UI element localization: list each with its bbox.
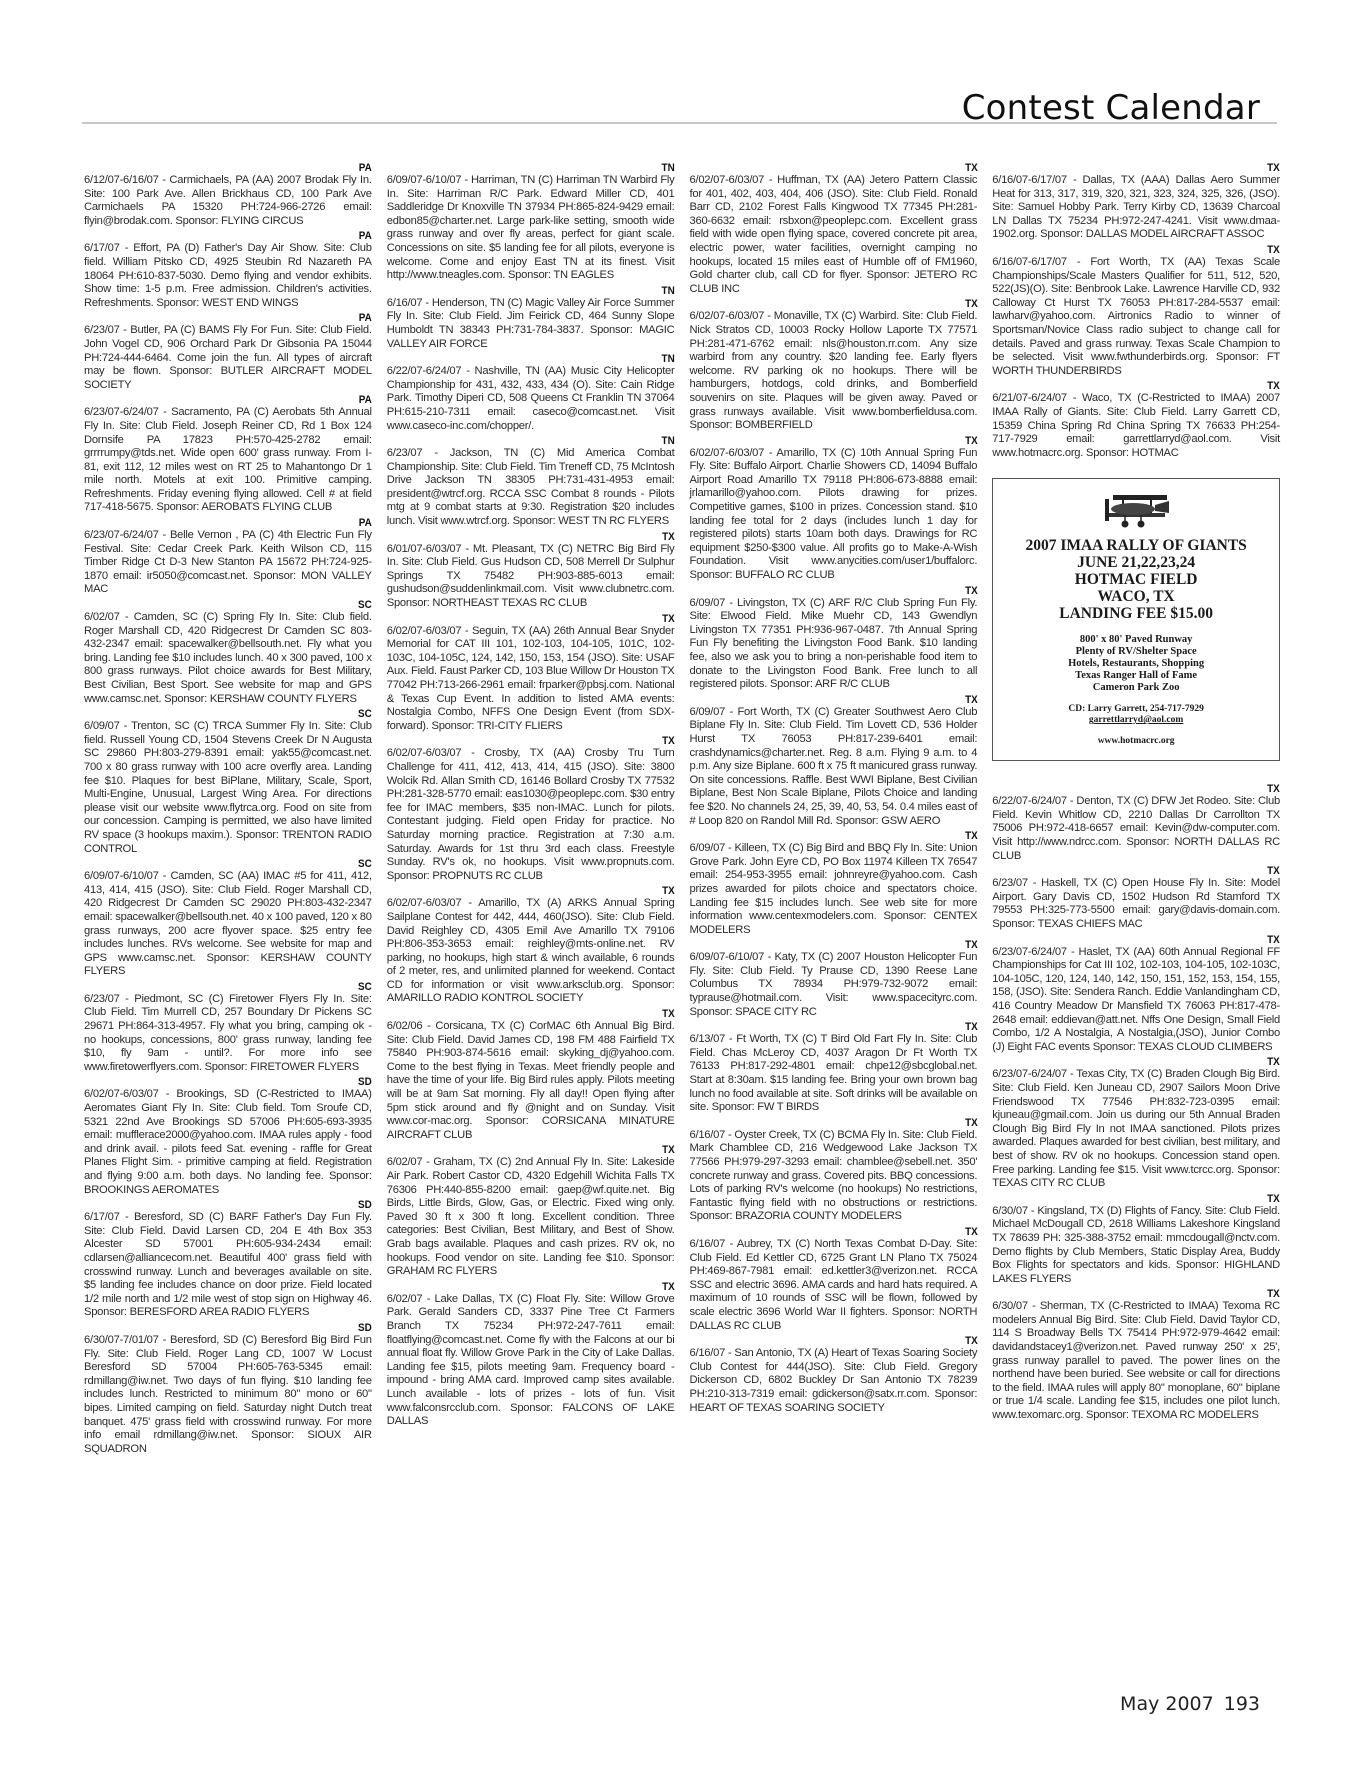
entry-text: 6/09/07-6/10/07 - Katy, TX (C) 2007 Hous… bbox=[690, 951, 978, 1019]
state-label: TX bbox=[718, 694, 977, 706]
state-label: TX bbox=[718, 939, 977, 951]
column-4-top: TX6/16/07-6/17/07 - Dallas, TX (AAA) Dal… bbox=[992, 162, 1280, 460]
state-label: TX bbox=[718, 435, 977, 447]
state-label: TX bbox=[1021, 783, 1280, 795]
calendar-entry: TN6/22/07-6/24/07 - Nashville, TN (AA) M… bbox=[387, 353, 675, 433]
state-label: TX bbox=[718, 1335, 977, 1347]
entry-text: 6/17/07 - Effort, PA (D) Father's Day Ai… bbox=[84, 242, 372, 310]
calendar-entry: TX6/23/07 - Haskell, TX (C) Open House F… bbox=[992, 865, 1280, 931]
entry-text: 6/13/07 - Ft Worth, TX (C) T Bird Old Fa… bbox=[690, 1033, 978, 1115]
calendar-entry: SD6/17/07 - Beresford, SD (C) BARF Fathe… bbox=[84, 1199, 372, 1320]
calendar-columns: PA6/12/07-6/16/07 - Carmichaels, PA (AA)… bbox=[84, 162, 1280, 1458]
calendar-entry: TX6/30/07 - Kingsland, TX (D) Flights of… bbox=[992, 1193, 1280, 1287]
state-label: TN bbox=[416, 285, 675, 297]
entry-text: 6/02/07 - Lake Dallas, TX (C) Float Fly.… bbox=[387, 1293, 675, 1429]
state-label: PA bbox=[113, 162, 372, 174]
state-label: TX bbox=[416, 735, 675, 747]
calendar-entry: TN6/23/07 - Jackson, TN (C) Mid America … bbox=[387, 435, 675, 529]
state-label: PA bbox=[113, 394, 372, 406]
ad-detail-line: Hotels, Restaurants, Shopping bbox=[999, 658, 1273, 670]
entry-text: 6/02/07 - Camden, SC (C) Spring Fly In. … bbox=[84, 611, 372, 706]
calendar-entry: TX6/09/07 - Livingston, TX (C) ARF R/C C… bbox=[690, 585, 978, 692]
entry-text: 6/09/07-6/10/07 - Camden, SC (AA) IMAC #… bbox=[84, 870, 372, 979]
calendar-entry: TX6/23/07-6/24/07 - Haslet, TX (AA) 60th… bbox=[992, 934, 1280, 1055]
calendar-entry: TX6/02/06 - Corsicana, TX (C) CorMAC 6th… bbox=[387, 1008, 675, 1142]
calendar-entry: PA6/12/07-6/16/07 - Carmichaels, PA (AA)… bbox=[84, 162, 372, 228]
entry-text: 6/02/07-6/03/07 - Monaville, TX (C) Warb… bbox=[690, 310, 978, 432]
entry-text: 6/17/07 - Beresford, SD (C) BARF Father'… bbox=[84, 1211, 372, 1320]
ad-headline-line: JUNE 21,22,23,24 bbox=[999, 554, 1273, 571]
entry-text: 6/02/07-6/03/07 - Brookings, SD (C-Restr… bbox=[84, 1088, 372, 1197]
state-label: PA bbox=[113, 230, 372, 242]
entry-text: 6/12/07-6/16/07 - Carmichaels, PA (AA) 2… bbox=[84, 174, 372, 228]
state-label: TN bbox=[416, 435, 675, 447]
entry-text: 6/30/07 - Sherman, TX (C-Restricted to I… bbox=[992, 1300, 1280, 1422]
state-label: TX bbox=[718, 1226, 977, 1238]
page-footer: May 2007193 bbox=[1120, 1693, 1260, 1715]
state-label: TX bbox=[1021, 934, 1280, 946]
entry-text: 6/09/07 - Trenton, SC (C) TRCA Summer Fl… bbox=[84, 720, 372, 856]
state-label: TX bbox=[718, 830, 977, 842]
state-label: TX bbox=[1021, 865, 1280, 877]
ad-email-link[interactable]: garrettlarryd@aol.com bbox=[999, 715, 1273, 726]
calendar-entry: TX6/09/07 - Killeen, TX (C) Big Bird and… bbox=[690, 830, 978, 937]
ad-headline-line: WACO, TX bbox=[999, 588, 1273, 605]
entry-text: 6/23/07 - Haskell, TX (C) Open House Fly… bbox=[992, 877, 1280, 931]
calendar-entry: SD6/02/07-6/03/07 - Brookings, SD (C-Res… bbox=[84, 1076, 372, 1197]
column-2: TN6/09/07-6/10/07 - Harriman, TN (C) Har… bbox=[387, 162, 675, 1458]
entry-text: 6/23/07-6/24/07 - Haslet, TX (AA) 60th A… bbox=[992, 946, 1280, 1055]
calendar-entry: TX6/23/07-6/24/07 - Texas City, TX (C) B… bbox=[992, 1056, 1280, 1190]
calendar-entry: TX6/30/07 - Sherman, TX (C-Restricted to… bbox=[992, 1288, 1280, 1422]
calendar-entry: PA6/23/07-6/24/07 - Sacramento, PA (C) A… bbox=[84, 394, 372, 515]
calendar-entry: TX6/16/07 - Aubrey, TX (C) North Texas C… bbox=[690, 1226, 978, 1333]
entry-text: 6/23/07 - Jackson, TN (C) Mid America Co… bbox=[387, 447, 675, 529]
state-label: TX bbox=[416, 885, 675, 897]
state-label: PA bbox=[113, 312, 372, 324]
calendar-entry: TX6/02/07-6/03/07 - Huffman, TX (AA) Jet… bbox=[690, 162, 978, 296]
column-1: PA6/12/07-6/16/07 - Carmichaels, PA (AA)… bbox=[84, 162, 372, 1458]
rally-of-giants-ad: 2007 IMAA RALLY OF GIANTS JUNE 21,22,23,… bbox=[992, 478, 1280, 761]
entry-text: 6/21/07-6/24/07 - Waco, TX (C-Restricted… bbox=[992, 392, 1280, 460]
entry-text: 6/23/07-6/24/07 - Texas City, TX (C) Bra… bbox=[992, 1068, 1280, 1190]
column-3: TX6/02/07-6/03/07 - Huffman, TX (AA) Jet… bbox=[690, 162, 978, 1458]
calendar-entry: SD6/30/07-7/01/07 - Beresford, SD (C) Be… bbox=[84, 1322, 372, 1456]
page-number: 193 bbox=[1224, 1693, 1260, 1715]
column-4-bottom: TX6/22/07-6/24/07 - Denton, TX (C) DFW J… bbox=[992, 783, 1280, 1422]
calendar-entry: TX6/16/07-6/17/07 - Dallas, TX (AAA) Dal… bbox=[992, 162, 1280, 242]
calendar-entry: TX6/22/07-6/24/07 - Denton, TX (C) DFW J… bbox=[992, 783, 1280, 863]
calendar-entry: TN6/16/07 - Henderson, TN (C) Magic Vall… bbox=[387, 285, 675, 351]
state-label: TX bbox=[1021, 1193, 1280, 1205]
state-label: SC bbox=[113, 599, 372, 611]
state-label: SC bbox=[113, 981, 372, 993]
title-rule bbox=[82, 122, 1277, 124]
state-label: TX bbox=[416, 1144, 675, 1156]
state-label: TX bbox=[718, 162, 977, 174]
entry-text: 6/02/07-6/03/07 - Seguin, TX (AA) 26th A… bbox=[387, 625, 675, 734]
ad-detail-line: Texas Ranger Hall of Fame bbox=[999, 670, 1273, 682]
entry-text: 6/23/07-6/24/07 - Belle Vernon , PA (C) … bbox=[84, 529, 372, 597]
state-label: TX bbox=[1021, 380, 1280, 392]
entry-text: 6/22/07-6/24/07 - Nashville, TN (AA) Mus… bbox=[387, 365, 675, 433]
calendar-entry: TX6/16/07 - San Antonio, TX (A) Heart of… bbox=[690, 1335, 978, 1415]
calendar-entry: TX6/01/07-6/03/07 - Mt. Pleasant, TX (C)… bbox=[387, 531, 675, 611]
state-label: TX bbox=[416, 531, 675, 543]
calendar-entry: TX6/02/07-6/03/07 - Crosby, TX (AA) Cros… bbox=[387, 735, 675, 883]
entry-text: 6/09/07-6/10/07 - Harriman, TN (C) Harri… bbox=[387, 174, 675, 283]
entry-text: 6/02/07-6/03/07 - Amarillo, TX (A) ARKS … bbox=[387, 897, 675, 1006]
calendar-entry: PA6/23/07-6/24/07 - Belle Vernon , PA (C… bbox=[84, 517, 372, 597]
ad-detail-line: 800' x 80' Paved Runway bbox=[999, 634, 1273, 646]
entry-text: 6/02/06 - Corsicana, TX (C) CorMAC 6th A… bbox=[387, 1020, 675, 1142]
entry-text: 6/01/07-6/03/07 - Mt. Pleasant, TX (C) N… bbox=[387, 543, 675, 611]
state-label: SC bbox=[113, 858, 372, 870]
ad-detail-line: Plenty of RV/Shelter Space bbox=[999, 646, 1273, 658]
state-label: SD bbox=[113, 1322, 372, 1334]
entry-text: 6/16/07 - Henderson, TN (C) Magic Valley… bbox=[387, 297, 675, 351]
entry-text: 6/16/07 - Oyster Creek, TX (C) BCMA Fly … bbox=[690, 1129, 978, 1224]
calendar-entry: TX6/02/07-6/03/07 - Seguin, TX (AA) 26th… bbox=[387, 613, 675, 734]
calendar-entry: TX6/09/07-6/10/07 - Katy, TX (C) 2007 Ho… bbox=[690, 939, 978, 1019]
state-label: TX bbox=[718, 298, 977, 310]
calendar-entry: SC6/09/07 - Trenton, SC (C) TRCA Summer … bbox=[84, 708, 372, 856]
calendar-entry: SC6/02/07 - Camden, SC (C) Spring Fly In… bbox=[84, 599, 372, 706]
state-label: TX bbox=[1021, 1056, 1280, 1068]
entry-text: 6/09/07 - Livingston, TX (C) ARF R/C Clu… bbox=[690, 597, 978, 692]
ad-headline: 2007 IMAA RALLY OF GIANTS JUNE 21,22,23,… bbox=[999, 537, 1273, 622]
ad-website-link[interactable]: www.hotmacrc.org bbox=[999, 736, 1273, 746]
entry-text: 6/02/07-6/03/07 - Huffman, TX (AA) Jeter… bbox=[690, 174, 978, 296]
calendar-entry: TX6/16/07 - Oyster Creek, TX (C) BCMA Fl… bbox=[690, 1117, 978, 1224]
calendar-entry: TX6/13/07 - Ft Worth, TX (C) T Bird Old … bbox=[690, 1021, 978, 1115]
entry-text: 6/02/07-6/03/07 - Crosby, TX (AA) Crosby… bbox=[387, 747, 675, 883]
entry-text: 6/16/07 - Aubrey, TX (C) North Texas Com… bbox=[690, 1238, 978, 1333]
issue-date: May 2007 bbox=[1120, 1693, 1214, 1715]
entry-text: 6/16/07 - San Antonio, TX (A) Heart of T… bbox=[690, 1347, 978, 1415]
calendar-entry: TX6/16/07-6/17/07 - Fort Worth, TX (AA) … bbox=[992, 244, 1280, 378]
state-label: TX bbox=[1021, 244, 1280, 256]
ad-contact: CD: Larry Garrett, 254-717-7929 garrettl… bbox=[999, 704, 1273, 726]
calendar-entry: TX6/09/07 - Fort Worth, TX (C) Greater S… bbox=[690, 694, 978, 828]
calendar-entry: TX6/21/07-6/24/07 - Waco, TX (C-Restrict… bbox=[992, 380, 1280, 460]
ad-headline-line: 2007 IMAA RALLY OF GIANTS bbox=[999, 537, 1273, 554]
state-label: TN bbox=[416, 162, 675, 174]
ad-contact-line: CD: Larry Garrett, 254-717-7929 bbox=[999, 704, 1273, 715]
state-label: TX bbox=[1021, 162, 1280, 174]
entry-text: 6/23/07 - Butler, PA (C) BAMS Fly For Fu… bbox=[84, 324, 372, 392]
state-label: TN bbox=[416, 353, 675, 365]
state-label: TX bbox=[718, 1117, 977, 1129]
entry-text: 6/16/07-6/17/07 - Dallas, TX (AAA) Dalla… bbox=[992, 174, 1280, 242]
column-4: TX6/16/07-6/17/07 - Dallas, TX (AAA) Dal… bbox=[992, 162, 1280, 1458]
entry-text: 6/23/07-6/24/07 - Sacramento, PA (C) Aer… bbox=[84, 406, 372, 515]
state-label: SD bbox=[113, 1076, 372, 1088]
state-label: TX bbox=[1021, 1288, 1280, 1300]
ad-detail-line: Cameron Park Zoo bbox=[999, 682, 1273, 694]
entry-text: 6/09/07 - Killeen, TX (C) Big Bird and B… bbox=[690, 842, 978, 937]
entry-text: 6/22/07-6/24/07 - Denton, TX (C) DFW Jet… bbox=[992, 795, 1280, 863]
entry-text: 6/30/07 - Kingsland, TX (D) Flights of F… bbox=[992, 1205, 1280, 1287]
ad-details: 800' x 80' Paved Runway Plenty of RV/She… bbox=[999, 634, 1273, 694]
calendar-entry: SC6/23/07 - Piedmont, SC (C) Firetower F… bbox=[84, 981, 372, 1075]
calendar-entry: TX6/02/07-6/03/07 - Amarillo, TX (A) ARK… bbox=[387, 885, 675, 1006]
state-label: SD bbox=[113, 1199, 372, 1211]
state-label: TX bbox=[416, 1281, 675, 1293]
calendar-entry: TX6/02/07-6/03/07 - Monaville, TX (C) Wa… bbox=[690, 298, 978, 432]
entry-text: 6/16/07-6/17/07 - Fort Worth, TX (AA) Te… bbox=[992, 256, 1280, 378]
entry-text: 6/30/07-7/01/07 - Beresford, SD (C) Bere… bbox=[84, 1334, 372, 1456]
calendar-entry: SC6/09/07-6/10/07 - Camden, SC (AA) IMAC… bbox=[84, 858, 372, 979]
entry-text: 6/23/07 - Piedmont, SC (C) Firetower Fly… bbox=[84, 993, 372, 1075]
state-label: TX bbox=[718, 1021, 977, 1033]
calendar-entry: PA6/17/07 - Effort, PA (D) Father's Day … bbox=[84, 230, 372, 310]
calendar-entry: TX6/02/07 - Lake Dallas, TX (C) Float Fl… bbox=[387, 1281, 675, 1429]
state-label: PA bbox=[113, 517, 372, 529]
biplane-icon bbox=[1099, 491, 1173, 531]
ad-headline-line: HOTMAC FIELD bbox=[999, 571, 1273, 588]
entry-text: 6/02/07 - Graham, TX (C) 2nd Annual Fly … bbox=[387, 1156, 675, 1278]
state-label: TX bbox=[416, 1008, 675, 1020]
state-label: TX bbox=[416, 613, 675, 625]
entry-text: 6/09/07 - Fort Worth, TX (C) Greater Sou… bbox=[690, 706, 978, 828]
ad-headline-line: LANDING FEE $15.00 bbox=[999, 605, 1273, 622]
state-label: SC bbox=[113, 708, 372, 720]
calendar-entry: TN6/09/07-6/10/07 - Harriman, TN (C) Har… bbox=[387, 162, 675, 283]
calendar-entry: TX6/02/07-6/03/07 - Amarillo, TX (C) 10t… bbox=[690, 435, 978, 583]
entry-text: 6/02/07-6/03/07 - Amarillo, TX (C) 10th … bbox=[690, 447, 978, 583]
calendar-entry: PA6/23/07 - Butler, PA (C) BAMS Fly For … bbox=[84, 312, 372, 392]
state-label: TX bbox=[718, 585, 977, 597]
calendar-entry: TX6/02/07 - Graham, TX (C) 2nd Annual Fl… bbox=[387, 1144, 675, 1278]
